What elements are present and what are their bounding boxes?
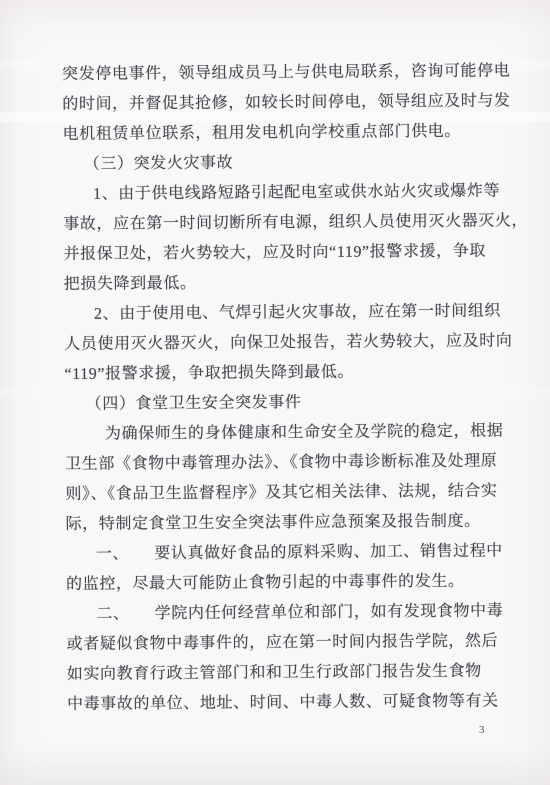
text-line: 卫生部《食物中毒管理办法》、《食物中毒诊断标准及处理原 [65, 447, 501, 480]
text-line: 如实向教育行政主管部门和和卫生行政部门报告发生食物 [67, 657, 503, 690]
text-line: 事故，应在第一时间切断所有电源，组织人员使用灭火器灭火， [63, 207, 499, 240]
text-line: 或者疑似食物中毒事件的，应在第一时间内报告学院，然后 [66, 627, 502, 660]
text-line: 并报保卫处，若火势较大，应及时向“119”报警求援，争取 [63, 237, 499, 270]
text-line: 人员使用灭火器灭火，向保卫处报告，若火势较大，应及时向 [64, 327, 500, 360]
text-line: 为确保师生的身体健康和生命安全及学院的稳定，根据 [105, 417, 501, 450]
text-line: 二、 学院内任何经营单位和部门，如有发现食物中毒 [96, 597, 502, 630]
text-line: 把损失降到最低。 [64, 267, 500, 300]
text-line: 则》、《食品卫生监督程序》及其它相关法律、法规，结合实 [65, 477, 501, 510]
scanned-document-page: 突发停电事件，领导组成员马上与供电局联系，咨询可能停电的时间，并督促其抢修，如较… [0, 0, 550, 785]
text-line: 的时间，并督促其抢修，如较长时间停电，领导组应及时与发 [62, 87, 498, 120]
text-line: 2、由于使用电、气焊引起火灾事故，应在第一时间组织 [94, 297, 500, 330]
text-line: 电机租赁单位联系，租用发电机向学校重点部门供电。 [62, 117, 498, 150]
page-number: 3 [479, 724, 485, 736]
text-line: （三）突发火灾事故 [84, 147, 499, 180]
text-line: 中毒事故的单位、地址、时间、中毒人数、可疑食物等有关 [67, 687, 503, 720]
text-line: 一、 要认真做好食品的原料采购、加工、销售过程中 [96, 537, 502, 570]
text-line: “119”报警求援，争取把损失降到最低。 [64, 357, 500, 390]
document-text-block: 突发停电事件，领导组成员马上与供电局联系，咨询可能停电的时间，并督促其抢修，如较… [62, 57, 503, 720]
text-line: 突发停电事件，领导组成员马上与供电局联系，咨询可能停电 [62, 57, 498, 90]
text-line: 1、由于供电线路短路引起配电室或供水站火灾或爆炸等 [93, 177, 499, 210]
text-line: （四）食堂卫生安全突发事件 [86, 387, 501, 420]
text-line: 际，特制定食堂卫生安全突法事件应急预案及报告制度。 [66, 507, 502, 540]
text-line: 的监控，尽最大可能防止食物引起的中毒事件的发生。 [66, 567, 502, 600]
